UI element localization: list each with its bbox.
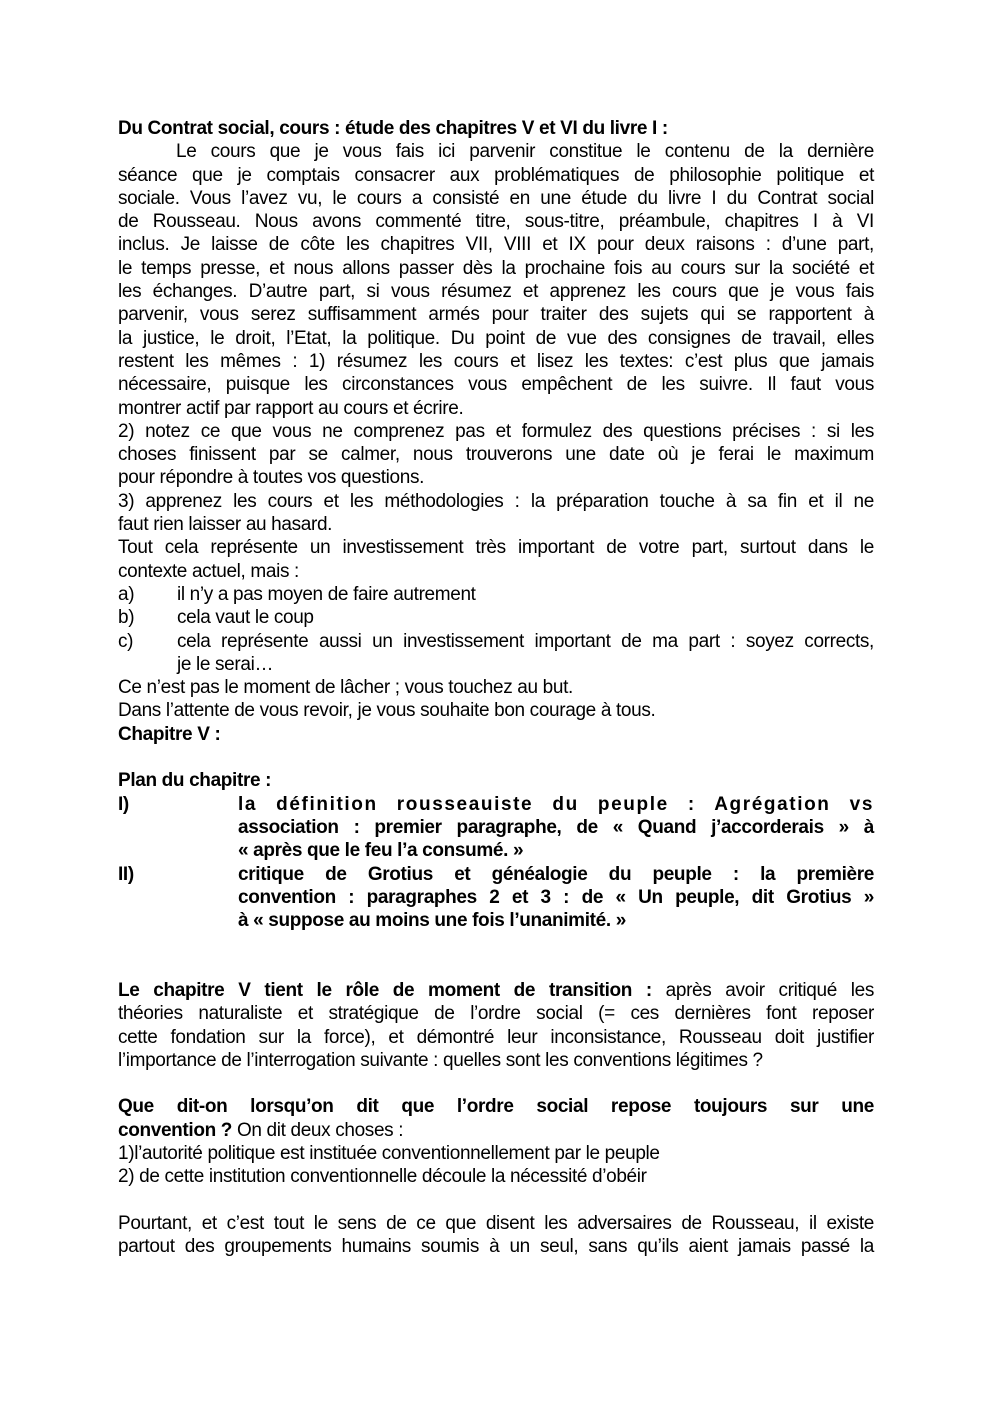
text-line: séance que je comptais consacrer aux pro… bbox=[118, 164, 874, 187]
text-line: théories naturaliste et stratégique de l… bbox=[118, 1002, 874, 1025]
text-line: partout des groupements humains soumis à… bbox=[118, 1235, 874, 1258]
instruction-3: 3) apprenez les cours et les méthodologi… bbox=[118, 490, 874, 537]
bold-lead: Le chapitre V tient le rôle de moment de… bbox=[118, 980, 652, 1001]
plan-item: I) la définition rousseauiste du peuple … bbox=[118, 793, 874, 863]
plan-item: II) critique de Grotius et généalogie du… bbox=[118, 863, 874, 933]
list-marker: a) bbox=[118, 583, 177, 606]
text-line: de Rousseau. Nous avons commenté titre, … bbox=[118, 210, 874, 233]
list-marker: c) bbox=[118, 630, 177, 653]
text-line: les échanges. D’autre part, si vous résu… bbox=[118, 280, 874, 303]
transition-paragraph: Le chapitre V tient le rôle de moment de… bbox=[118, 979, 874, 1072]
plan-line: convention : paragraphes 2 et 3 : de « U… bbox=[238, 886, 874, 909]
investment-paragraph: Tout cela représente un investissement t… bbox=[118, 536, 874, 583]
text-line: Le cours que je vous fais ici parvenir c… bbox=[118, 140, 874, 163]
document-page: Du Contrat social, cours : étude des cha… bbox=[118, 117, 874, 1259]
plan-heading: Plan du chapitre : bbox=[118, 769, 874, 792]
text-line: 2) de cette institution conventionnelle … bbox=[118, 1165, 874, 1188]
instruction-2: 2) notez ce que vous ne comprenez pas et… bbox=[118, 420, 874, 490]
text-line: la justice, le droit, l’Etat, la politiq… bbox=[118, 327, 874, 350]
text-line: Tout cela représente un investissement t… bbox=[118, 536, 874, 559]
chapter-heading: Chapitre V : bbox=[118, 723, 874, 746]
list-text: cela représente aussi un investissement … bbox=[177, 630, 874, 653]
plan-line: la définition rousseauiste du peuple : A… bbox=[238, 793, 874, 816]
list-text: il n’y a pas moyen de faire autrement bbox=[177, 583, 874, 606]
text-line: faut rien laisser au hasard. bbox=[118, 513, 874, 536]
text-line: pour répondre à toutes vos questions. bbox=[118, 466, 874, 489]
plan-line: à « suppose au moins une fois l’unanimit… bbox=[238, 909, 874, 932]
list-text: je le serai… bbox=[177, 653, 874, 676]
text-line: inclus. Je laisse de côte les chapitres … bbox=[118, 233, 874, 256]
text-line: 2) notez ce que vous ne comprenez pas et… bbox=[118, 420, 874, 443]
text-line: sociale. Vous l’avez vu, le cours a cons… bbox=[118, 187, 874, 210]
plan-line: « après que le feu l’a consumé. » bbox=[238, 839, 874, 862]
text-line: 1)l’autorité politique est instituée con… bbox=[118, 1142, 874, 1165]
text-line: l’importance de l’interrogation suivante… bbox=[118, 1049, 874, 1072]
list-item-continuation: je le serai… bbox=[118, 653, 874, 676]
text-line: 3) apprenez les cours et les méthodologi… bbox=[118, 490, 874, 513]
text-line: cette fondation sur la force), et démont… bbox=[118, 1026, 874, 1049]
question-line: Que dit-on lorsqu’on dit que l’ordre soc… bbox=[118, 1095, 874, 1118]
text-line: Pourtant, et c’est tout le sens de ce qu… bbox=[118, 1212, 874, 1235]
plan-marker: I) bbox=[118, 793, 238, 816]
text-line: parvenir, vous serez suffisamment armés … bbox=[118, 303, 874, 326]
text-line: choses finissent par se calmer, nous tro… bbox=[118, 443, 874, 466]
plan-marker: II) bbox=[118, 863, 238, 886]
text-line: convention ? On dit deux choses : bbox=[118, 1119, 874, 1142]
final-paragraph: Pourtant, et c’est tout le sens de ce qu… bbox=[118, 1212, 874, 1259]
list-marker: b) bbox=[118, 606, 177, 629]
list-item: a) il n’y a pas moyen de faire autrement bbox=[118, 583, 874, 606]
text-line: restent les mêmes : 1) résumez les cours… bbox=[118, 350, 874, 373]
plan-line: association : premier paragraphe, de « Q… bbox=[238, 816, 874, 839]
reasons-list: a) il n’y a pas moyen de faire autrement… bbox=[118, 583, 874, 676]
text-line: le temps presse, et nous allons passer d… bbox=[118, 257, 874, 280]
plan-list: I) la définition rousseauiste du peuple … bbox=[118, 793, 874, 933]
text-line: montrer actif par rapport au cours et éc… bbox=[118, 397, 874, 420]
list-item: b) cela vaut le coup bbox=[118, 606, 874, 629]
text-line: Le chapitre V tient le rôle de moment de… bbox=[118, 979, 874, 1002]
intro-paragraph: Le cours que je vous fais ici parvenir c… bbox=[118, 140, 874, 420]
plan-line: critique de Grotius et généalogie du peu… bbox=[238, 863, 874, 886]
text-line: nécessaire, puisque les circonstances vo… bbox=[118, 373, 874, 396]
text-line: contexte actuel, mais : bbox=[118, 560, 874, 583]
list-item: c) cela représente aussi un investisseme… bbox=[118, 630, 874, 653]
list-text: cela vaut le coup bbox=[177, 606, 874, 629]
question-paragraph: Que dit-on lorsqu’on dit que l’ordre soc… bbox=[118, 1095, 874, 1188]
text-line: Ce n’est pas le moment de lâcher ; vous … bbox=[118, 676, 874, 699]
text-line: Dans l’attente de vous revoir, je vous s… bbox=[118, 699, 874, 722]
document-title: Du Contrat social, cours : étude des cha… bbox=[118, 117, 874, 140]
